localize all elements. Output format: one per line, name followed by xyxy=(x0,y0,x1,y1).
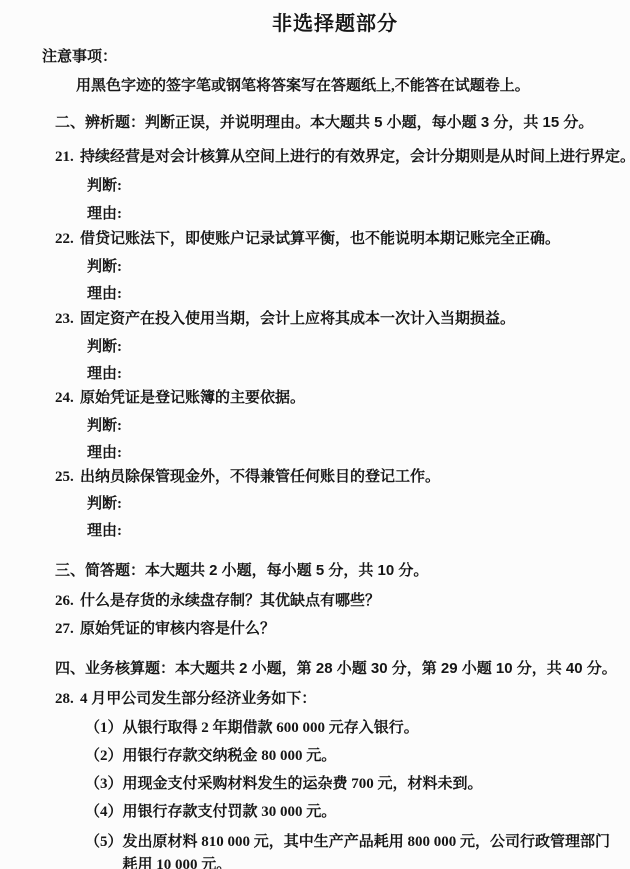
question-text: 4 月甲公司发生部分经济业务如下： xyxy=(80,690,316,709)
question-24: 24. 原始凭证是登记账簿的主要依据。 xyxy=(55,389,305,408)
reason-label-22: 理由: xyxy=(87,285,122,304)
question-23: 23. 固定资产在投入使用当期，会计上应将其成本一次计入当期损益。 xyxy=(55,310,515,329)
question-number: 24. xyxy=(55,389,80,408)
item-number: （1） xyxy=(85,719,123,738)
item-text: 用银行存款支付罚款 30 000 元。 xyxy=(123,803,337,822)
question-27: 27. 原始凭证的审核内容是什么？ xyxy=(55,620,275,639)
question-28: 28. 4 月甲公司发生部分经济业务如下： xyxy=(55,690,316,709)
section3-header: 三、简答题：本大题共 2 小题，每小题 5 分，共 10 分。 xyxy=(55,562,428,581)
page-title: 非选择题部分 xyxy=(40,12,630,37)
business-item-3: （3） 用现金支付采购材料发生的运杂费 700 元，材料未到。 xyxy=(85,775,483,794)
notice-text: 用黑色字迹的签字笔或钢笔将答案写在答题纸上,不能答在试题卷上。 xyxy=(76,77,530,96)
question-number: 28. xyxy=(55,690,80,709)
notice-label: 注意事项： xyxy=(42,48,117,67)
question-26: 26. 什么是存货的永续盘存制？其优缺点有哪些？ xyxy=(55,592,380,611)
item-number: （4） xyxy=(85,803,123,822)
reason-label-23: 理由: xyxy=(87,365,122,384)
question-text: 出纳员除保管现金外，不得兼管任何账目的登记工作。 xyxy=(80,468,440,487)
exam-paper-page: 非选择题部分 注意事项： 用黑色字迹的签字笔或钢笔将答案写在答题纸上,不能答在试… xyxy=(0,0,630,869)
judge-label-22: 判断: xyxy=(87,258,122,277)
item-text: 用现金支付采购材料发生的运杂费 700 元，材料未到。 xyxy=(123,775,483,794)
business-item-4: （4） 用银行存款支付罚款 30 000 元。 xyxy=(85,803,336,822)
reason-label-24: 理由: xyxy=(87,444,122,463)
question-number: 23. xyxy=(55,310,80,329)
question-text: 借贷记账法下，即使账户记录试算平衡，也不能说明本期记账完全正确。 xyxy=(80,230,560,249)
question-text: 原始凭证是登记账簿的主要依据。 xyxy=(80,389,305,408)
question-21: 21. 持续经营是对会计核算从空间上进行的有效界定，会计分期则是从时间上进行界定… xyxy=(55,148,630,167)
question-text: 原始凭证的审核内容是什么？ xyxy=(80,620,275,639)
item-number: （3） xyxy=(85,775,123,794)
section4-header: 四、业务核算题：本大题共 2 小题，第 28 小题 30 分，第 29 小题 1… xyxy=(55,660,617,679)
judge-label-24: 判断: xyxy=(87,417,122,436)
judge-label-25: 判断: xyxy=(87,495,122,514)
question-text: 持续经营是对会计核算从空间上进行的有效界定，会计分期则是从时间上进行界定。 xyxy=(80,148,630,167)
question-text: 固定资产在投入使用当期，会计上应将其成本一次计入当期损益。 xyxy=(80,310,515,329)
section2-header: 二、辨析题：判断正误，并说明理由。本大题共 5 小题，每小题 3 分，共 15 … xyxy=(55,114,593,133)
question-number: 26. xyxy=(55,592,80,611)
business-item-1: （1） 从银行取得 2 年期借款 600 000 元存入银行。 xyxy=(85,719,419,738)
item-number: （5） xyxy=(85,831,123,869)
item-text: 发出原材料 810 000 元，其中生产产品耗用 800 000 元，公司行政管… xyxy=(123,831,622,869)
item-text: 用银行存款交纳税金 80 000 元。 xyxy=(123,747,337,766)
judge-label-21: 判断: xyxy=(87,177,122,196)
reason-label-21: 理由: xyxy=(87,205,122,224)
question-number: 25. xyxy=(55,468,80,487)
judge-label-23: 判断: xyxy=(87,338,122,357)
item-text: 从银行取得 2 年期借款 600 000 元存入银行。 xyxy=(123,719,419,738)
business-item-2: （2） 用银行存款交纳税金 80 000 元。 xyxy=(85,747,336,766)
question-number: 22. xyxy=(55,230,80,249)
question-25: 25. 出纳员除保管现金外，不得兼管任何账目的登记工作。 xyxy=(55,468,440,487)
question-text: 什么是存货的永续盘存制？其优缺点有哪些？ xyxy=(80,592,380,611)
reason-label-25: 理由: xyxy=(87,522,122,541)
question-22: 22. 借贷记账法下，即使账户记录试算平衡，也不能说明本期记账完全正确。 xyxy=(55,230,560,249)
question-number: 21. xyxy=(55,148,80,167)
question-number: 27. xyxy=(55,620,80,639)
item-number: （2） xyxy=(85,747,123,766)
business-item-5: （5） 发出原材料 810 000 元，其中生产产品耗用 800 000 元，公… xyxy=(85,831,622,869)
